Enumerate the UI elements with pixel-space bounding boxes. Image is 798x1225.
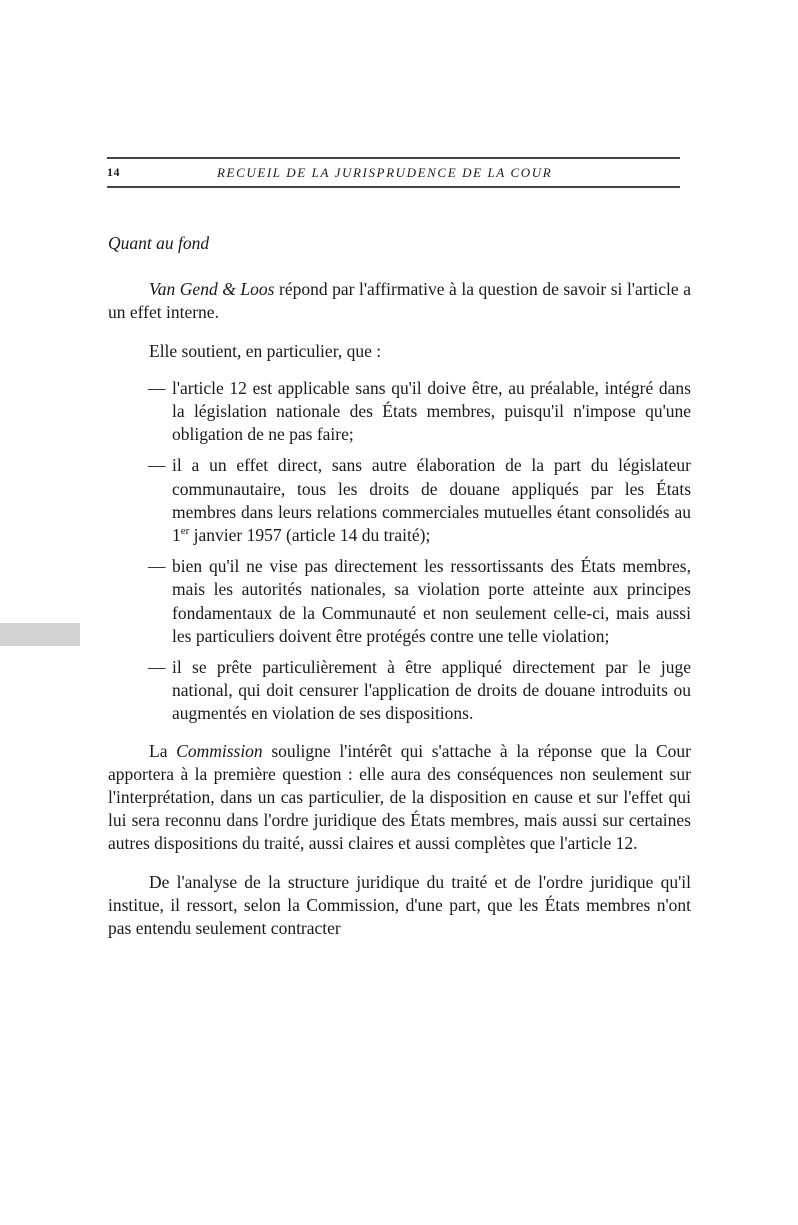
list-item-text: bien qu'il ne vise pas directement les r… bbox=[172, 556, 691, 646]
dash-bullet: — bbox=[148, 454, 166, 477]
section-title: Quant au fond bbox=[108, 232, 691, 255]
running-head: 14 RECUEIL DE LA JURISPRUDENCE DE LA COU… bbox=[107, 157, 680, 188]
party-name: Commission bbox=[176, 741, 263, 761]
paragraph-lead: Elle soutient, en particulier, que : bbox=[149, 340, 691, 363]
side-tab-marker bbox=[0, 623, 80, 646]
page-body: Quant au fond Van Gend & Loos répond par… bbox=[108, 232, 691, 955]
paragraph-text: La bbox=[149, 741, 176, 761]
list-item-text: il se prête particulièrement à être appl… bbox=[172, 657, 691, 723]
dash-bullet: — bbox=[148, 377, 166, 400]
list-item-text-cont: janvier 1957 (article 14 du traité); bbox=[189, 525, 430, 545]
page-number: 14 bbox=[107, 165, 120, 180]
list-item: — l'article 12 est applicable sans qu'il… bbox=[148, 377, 691, 447]
paragraph-van-gend: Van Gend & Loos répond par l'affirmative… bbox=[108, 278, 691, 324]
running-head-title: RECUEIL DE LA JURISPRUDENCE DE LA COUR bbox=[217, 165, 552, 181]
list-item: — il a un effet direct, sans autre élabo… bbox=[148, 454, 691, 547]
list-item: — il se prête particulièrement à être ap… bbox=[148, 656, 691, 726]
party-name: Van Gend & Loos bbox=[149, 279, 274, 299]
paragraph-commission: La Commission souligne l'intérêt qui s'a… bbox=[108, 740, 691, 856]
superscript: er bbox=[181, 525, 190, 537]
dash-bullet: — bbox=[148, 656, 166, 679]
list-item-text: l'article 12 est applicable sans qu'il d… bbox=[172, 378, 691, 444]
paragraph-analysis: De l'analyse de la structure juridique d… bbox=[108, 871, 691, 941]
list-item: — bien qu'il ne vise pas directement les… bbox=[148, 555, 691, 648]
argument-list: — l'article 12 est applicable sans qu'il… bbox=[108, 377, 691, 726]
dash-bullet: — bbox=[148, 555, 166, 578]
